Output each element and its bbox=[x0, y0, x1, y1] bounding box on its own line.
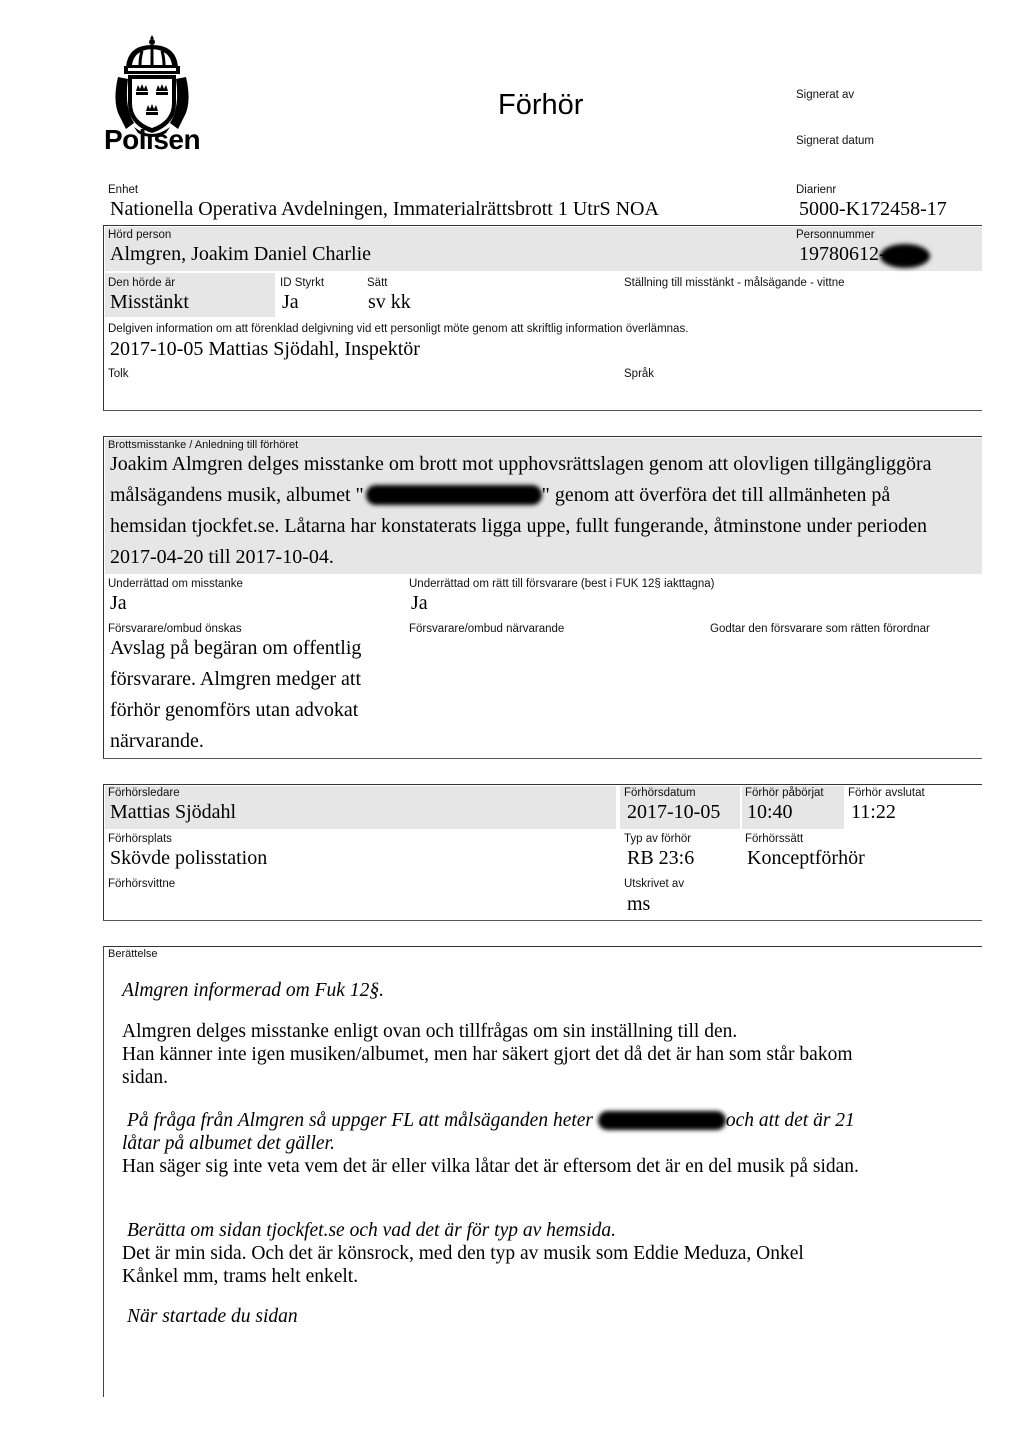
unit-value: Nationella Operativa Avdelningen, Immate… bbox=[110, 198, 659, 220]
interpreter-label: Tolk bbox=[108, 368, 128, 381]
statement-label: Berättelse bbox=[108, 948, 158, 961]
witness-label: Förhörsvittne bbox=[108, 878, 175, 891]
statement-line: Almgren delges misstanke enligt ovan och… bbox=[122, 1020, 853, 1043]
question-part: Berätta om sidan tjockfet.se och vad det… bbox=[127, 1220, 616, 1241]
informed-counsel-value: Ja bbox=[411, 592, 428, 614]
section1-bottom-border bbox=[103, 410, 982, 411]
section3-bottom-border bbox=[103, 920, 982, 921]
suspicion-line: Joakim Almgren delges misstanke om brott… bbox=[110, 449, 980, 480]
question-part: När startade du sidan bbox=[127, 1306, 298, 1327]
suspicion-line: hemsidan tjockfet.se. Låtarna har konsta… bbox=[110, 511, 980, 542]
counsel-line: försvarare. Almgren medger att bbox=[110, 664, 361, 695]
type-value: RB 23:6 bbox=[627, 847, 694, 869]
type-label: Typ av förhör bbox=[624, 833, 691, 846]
section2-left-border bbox=[103, 436, 104, 759]
place-value: Skövde polisstation bbox=[110, 847, 267, 869]
answer-line: Han säger sig inte veta vem det är eller… bbox=[122, 1155, 859, 1178]
id-verified-label: ID Styrkt bbox=[280, 277, 324, 290]
question-part: låtar på albumet det gäller. bbox=[122, 1133, 335, 1154]
mode-label: Förhörssätt bbox=[745, 833, 803, 846]
answer-line: Det är min sida. Och det är könsrock, me… bbox=[122, 1242, 804, 1265]
case-number-value: 5000-K172458-17 bbox=[799, 198, 947, 220]
started-label: Förhör påbörjat bbox=[745, 787, 824, 800]
started-value: 10:40 bbox=[747, 801, 793, 823]
informed-suspicion-label: Underrättad om misstanke bbox=[108, 578, 243, 591]
counsel-line: närvarande. bbox=[110, 726, 361, 757]
date-label: Förhörsdatum bbox=[624, 787, 696, 800]
statement-block-2: På fråga från Almgren så uppger FL att m… bbox=[122, 1109, 859, 1178]
counsel-line: förhör genomförs utan advokat bbox=[110, 695, 361, 726]
suspicion-line-part: målsägandens musik, albumet " bbox=[110, 484, 364, 506]
statement-line: sidan. bbox=[122, 1066, 853, 1089]
answer-line: Kånkel mm, trams helt enkelt. bbox=[122, 1265, 804, 1288]
ended-label: Förhör avslutat bbox=[848, 787, 925, 800]
role-label: Den hörde är bbox=[108, 277, 175, 290]
written-by-value: ms bbox=[627, 893, 650, 915]
signed-date-label: Signerat datum bbox=[796, 135, 874, 148]
counsel-present-label: Försvarare/ombud närvarande bbox=[409, 623, 564, 636]
personal-number-label: Personnummer bbox=[796, 229, 875, 242]
redacted-album-name bbox=[364, 484, 542, 504]
statement-block-4: När startade du sidan bbox=[127, 1305, 298, 1328]
section4-top-border bbox=[103, 946, 982, 947]
question-part: På fråga från Almgren så uppger FL att m… bbox=[127, 1110, 593, 1131]
statement-note: Almgren informerad om Fuk 12§. bbox=[122, 979, 384, 1002]
section4-left-border bbox=[103, 946, 104, 1397]
counsel-line: Avslag på begäran om offentlig bbox=[110, 633, 361, 664]
section2-top-border bbox=[103, 436, 982, 437]
mode-value: Konceptförhör bbox=[747, 847, 865, 869]
redaction-mark bbox=[880, 244, 930, 268]
question-part: och att det är 21 bbox=[726, 1110, 855, 1131]
method-value: sv kk bbox=[368, 291, 411, 313]
ended-value: 11:22 bbox=[851, 801, 896, 823]
counsel-wanted-text: Avslag på begäran om offentlig försvarar… bbox=[110, 633, 361, 757]
section1-left-border bbox=[103, 225, 104, 411]
written-by-label: Utskrivet av bbox=[624, 878, 684, 891]
section2-bottom-border bbox=[103, 758, 982, 759]
leader-label: Förhörsledare bbox=[108, 787, 180, 800]
notified-value: 2017-10-05 Mattias Sjödahl, Inspektör bbox=[110, 338, 420, 360]
personal-number-value: 19780612- bbox=[799, 243, 886, 265]
statement-block-1: Almgren delges misstanke enligt ovan och… bbox=[122, 1020, 853, 1089]
person-label: Hörd person bbox=[108, 229, 171, 242]
section1-top-border bbox=[103, 225, 982, 226]
section3-left-border bbox=[103, 784, 104, 921]
statement-block-3: Berätta om sidan tjockfet.se och vad det… bbox=[122, 1219, 804, 1288]
suspicion-line: 2017-04-20 till 2017-10-04. bbox=[110, 542, 980, 573]
date-value: 2017-10-05 bbox=[627, 801, 720, 823]
method-label: Sätt bbox=[367, 277, 387, 290]
accepts-counsel-label: Godtar den försvarare som rätten förordn… bbox=[710, 623, 930, 636]
informed-counsel-label: Underrättad om rätt till försvarare (bes… bbox=[409, 578, 715, 591]
document-title: Förhör bbox=[498, 88, 583, 122]
suspicion-line: målsägandens musik, albumet "" genom att… bbox=[110, 480, 980, 511]
question-line: låtar på albumet det gäller. bbox=[122, 1132, 859, 1155]
suspicion-line-part: " genom att överföra det till allmänhete… bbox=[542, 484, 891, 506]
id-verified-value: Ja bbox=[282, 291, 299, 313]
place-label: Förhörsplats bbox=[108, 833, 172, 846]
informed-suspicion-value: Ja bbox=[110, 592, 127, 614]
statement-line: Han känner inte igen musiken/albumet, me… bbox=[122, 1043, 853, 1066]
unit-label: Enhet bbox=[108, 184, 138, 197]
signed-by-label: Signerat av bbox=[796, 89, 854, 102]
leader-value: Mattias Sjödahl bbox=[110, 801, 236, 823]
suspicion-text: Joakim Almgren delges misstanke om brott… bbox=[110, 449, 980, 573]
question-line: På fråga från Almgren så uppger FL att m… bbox=[122, 1109, 859, 1132]
section3-top-border bbox=[103, 784, 982, 785]
language-label: Språk bbox=[624, 368, 654, 381]
person-value: Almgren, Joakim Daniel Charlie bbox=[110, 243, 371, 265]
case-number-label: Diarienr bbox=[796, 184, 836, 197]
police-logo-text: Polisen bbox=[104, 124, 200, 156]
question-line: Berätta om sidan tjockfet.se och vad det… bbox=[122, 1219, 804, 1242]
statement-line: Almgren informerad om Fuk 12§. bbox=[122, 980, 384, 1001]
notified-label: Delgiven information om att förenklad de… bbox=[108, 323, 688, 336]
role-value: Misstänkt bbox=[110, 291, 189, 313]
stance-label: Ställning till misstänkt - målsägande - … bbox=[624, 277, 845, 290]
redacted-name bbox=[598, 1111, 726, 1129]
